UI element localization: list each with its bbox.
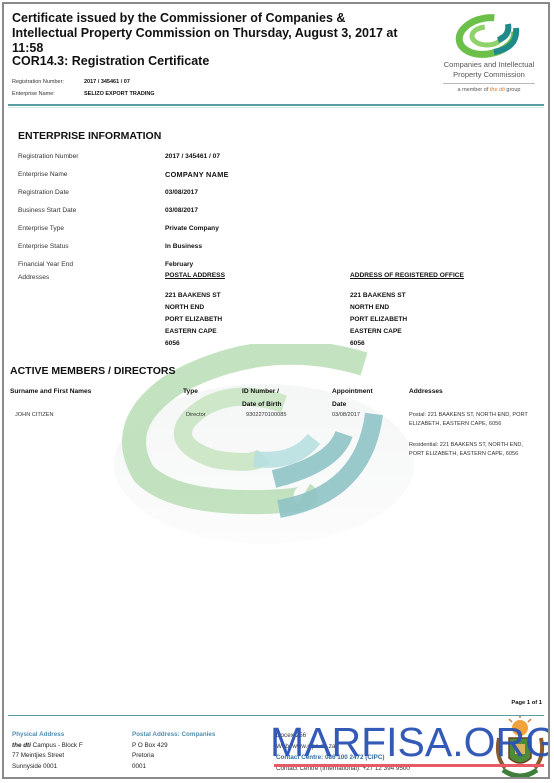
footer-divider [8,715,544,716]
info-label: Financial Year End [18,261,165,268]
info-row: Registration Number2017 / 345461 / 07 [18,147,538,165]
info-row: Enterprise NameCOMPANY NAME [18,165,538,183]
col-header-name: Surname and First Names [10,386,91,399]
org-name-line: Property Commission [429,70,549,80]
certificate-title: Certificate issued by the Commissioner o… [12,11,412,56]
header-divider [8,104,544,106]
meta-label: Registration Number: [12,79,84,85]
postal-address-line: P O Box 429 [132,741,215,752]
info-row: Financial Year EndFebruary [18,255,538,273]
director-name: JOHN CITIZEN [15,411,54,420]
directors-section-title: ACTIVE MEMBERS / DIRECTORS [10,365,176,377]
address-line: PORT ELIZABETH [350,314,464,326]
physical-address-line: the dti Campus - Block F [12,741,83,752]
address-line: 221 BAAKENS ST [350,290,464,302]
info-value: COMPANY NAME [165,170,229,179]
physical-address-line: 77 Meintjies Street [12,751,83,762]
meta-label: Enterprise Name: [12,91,84,97]
info-label: Enterprise Type [18,225,165,232]
info-value: Private Company [165,225,219,232]
info-label: Enterprise Name [18,171,165,178]
info-row: Registration Date03/08/2017 [18,183,538,201]
postal-address-line: Pretoria [132,751,215,762]
org-name-line: Companies and Intellectual [429,60,549,70]
dti-brand: the dti [12,742,31,749]
member-suffix: group [505,87,521,93]
info-value: 03/08/2017 [165,207,198,214]
col-header-appointment: Appointment Date [332,386,373,411]
enterprise-section-title: ENTERPRISE INFORMATION [18,130,161,142]
physical-line-text: Campus - Block F [31,742,83,749]
physical-address-line: Sunnyside 0001 [12,762,83,773]
director-postal-address: Postal: 221 BAAKENS ST, NORTH END, PORT … [409,411,537,428]
certificate-page: Certificate issued by the Commissioner o… [2,2,550,779]
postal-address-heading: POSTAL ADDRESS [165,272,225,284]
col-header-addresses: Addresses [409,386,443,399]
header-meta-row: Enterprise Name: SELIZO EXPORT TRADING [12,88,155,100]
info-value: 2017 / 345461 / 07 [165,153,220,160]
col-header-appt-line: Date [332,399,373,412]
postal-address: POSTAL ADDRESS 221 BAAKENS ST NORTH END … [165,272,225,350]
address-line: NORTH END [350,302,464,314]
header-meta-row: Registration Number: 2017 / 345461 / 07 [12,76,155,88]
col-header-id: ID Number / Date of Birth [242,386,282,411]
postal-address-line: 0001 [132,762,215,773]
footer-postal-address: Postal Address: Companies P O Box 429 Pr… [132,730,215,772]
info-value: February [165,261,193,268]
address-line: 221 BAAKENS ST [165,290,225,302]
address-line: 6056 [350,338,464,350]
registered-address-heading: ADDRESS OF REGISTERED OFFICE [350,272,464,284]
address-line: 6056 [165,338,225,350]
col-header-id-line: Date of Birth [242,399,282,412]
overlay-watermark-underline [274,764,544,767]
member-prefix: a member of [458,87,490,93]
addresses-label: Addresses [18,274,49,281]
certificate-subtitle: COR14.3: Registration Certificate [12,54,209,68]
info-label: Registration Number [18,153,165,160]
logo-divider [443,83,535,84]
col-header-appt-line: Appointment [332,386,373,399]
address-line: EASTERN CAPE [350,326,464,338]
info-value: In Business [165,243,202,250]
header-divider-shadow [8,107,544,108]
info-label: Business Start Date [18,207,165,214]
info-label: Registration Date [18,189,165,196]
physical-address-heading: Physical Address [12,730,83,741]
address-line: PORT ELIZABETH [165,314,225,326]
dti-brand: the dti [490,87,505,93]
enterprise-info: Registration Number2017 / 345461 / 07 En… [18,147,538,273]
footer-physical-address: Physical Address the dti Campus - Block … [12,730,83,772]
registered-office-address: ADDRESS OF REGISTERED OFFICE 221 BAAKENS… [350,272,464,350]
director-id-number: 9302270100085 [246,411,286,420]
info-row: Business Start Date03/08/2017 [18,201,538,219]
cipc-logo-icon [454,14,524,58]
info-label: Enterprise Status [18,243,165,250]
director-type: Director [186,411,206,420]
info-value: 03/08/2017 [165,189,198,196]
director-appointment-date: 03/08/2017 [332,411,360,420]
meta-value: SELIZO EXPORT TRADING [84,91,155,97]
info-row: Enterprise TypePrivate Company [18,219,538,237]
page-number: Page 1 of 1 [511,700,542,706]
meta-value: 2017 / 345461 / 07 [84,79,130,85]
col-header-id-line: ID Number / [242,386,282,399]
info-row: Enterprise StatusIn Business [18,237,538,255]
col-header-type: Type [183,386,198,399]
director-residential-address: Residential: 221 BAAKENS ST, NORTH END, … [409,441,535,458]
cipc-logo: Companies and Intellectual Property Comm… [429,14,549,102]
header-meta: Registration Number: 2017 / 345461 / 07 … [12,76,155,100]
member-tagline: a member of the dti group [429,87,549,93]
address-line: NORTH END [165,302,225,314]
postal-address-heading: Postal Address: Companies [132,730,215,741]
org-name: Companies and Intellectual Property Comm… [429,60,549,79]
overlay-watermark-text: MARFISA.ORG [270,720,550,764]
address-line: EASTERN CAPE [165,326,225,338]
